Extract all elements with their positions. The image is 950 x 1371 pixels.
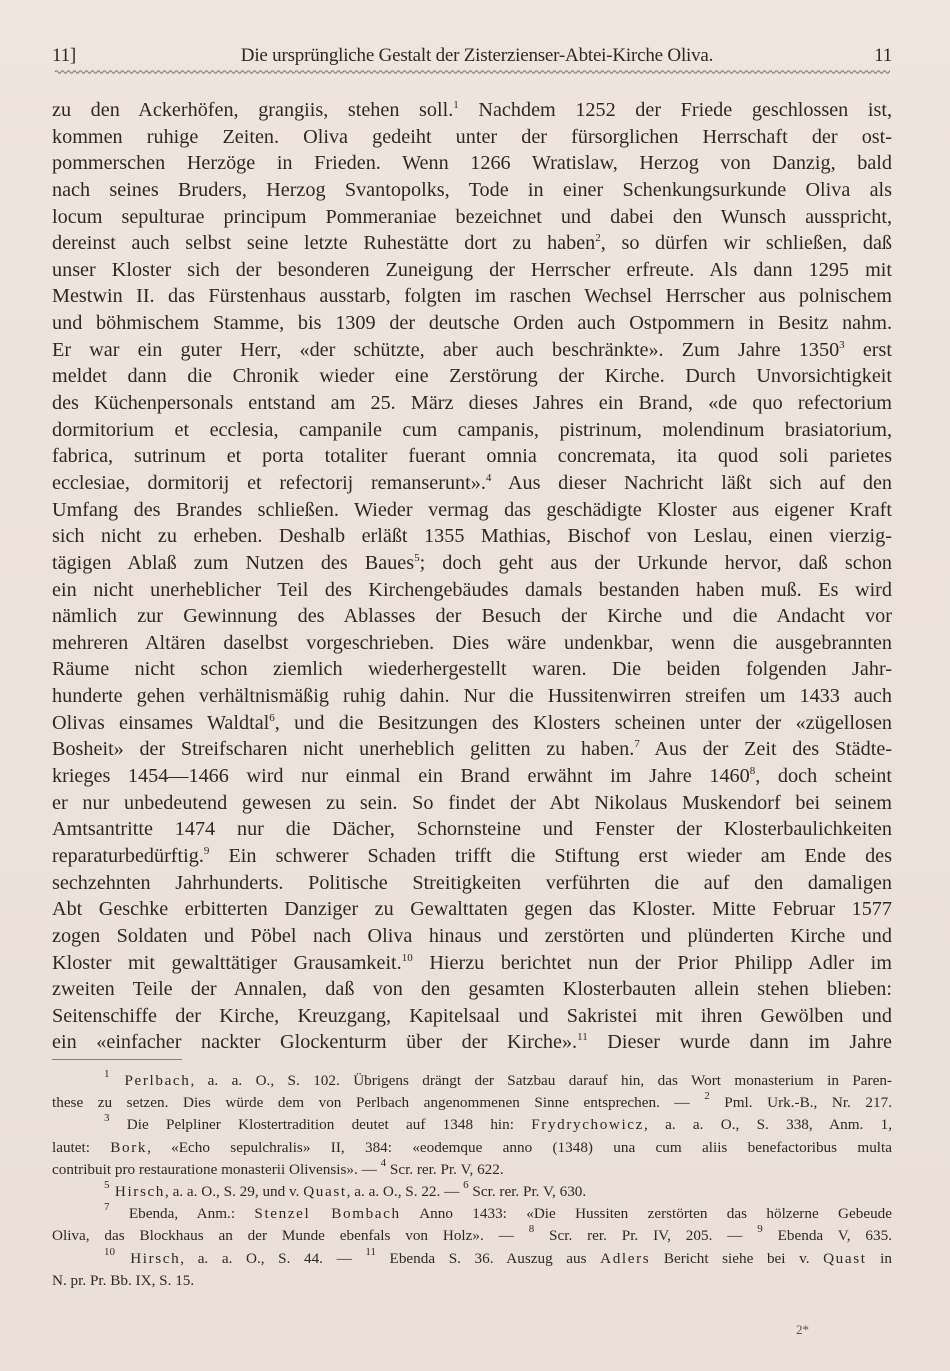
text-run: krieges 1454—1466 wird nur einmal ein Br… [52, 765, 750, 787]
author-name: Bork [110, 1139, 147, 1156]
text-line: nämlich zur Gewinnung des Ablasses der B… [52, 603, 892, 630]
text-run: sich nicht zu erheben. Deshalb erläßt 13… [52, 525, 892, 547]
text-line: Mestwin II. das Fürstenhaus ausstarb, fo… [52, 283, 892, 310]
text-line: locum sepulturae principum Pommeraniae b… [52, 204, 892, 231]
text-run: dereinst auch selbst seine letzte Ruhest… [52, 232, 595, 254]
text-run: Olivas einsames Waldtal [52, 712, 269, 734]
author-name: Frydrychowicz [531, 1116, 644, 1133]
footnote-text: , a. a. O., S. 22. — [347, 1183, 463, 1200]
author-name: Adlers [600, 1250, 650, 1267]
footnote-text: Scr. rer. Pr. V, 622. [386, 1161, 504, 1178]
text-run: ecclesiae, dormitorij et refectorij rema… [52, 472, 486, 494]
text-run: kommen ruhige Zeiten. Oliva gedeiht unte… [52, 126, 892, 148]
footnote-text: , a. a. O., S. 44. — [180, 1250, 365, 1267]
footnote-line: Oliva, das Blockhaus an der Munde ebenfa… [52, 1225, 892, 1247]
text-run: Mestwin II. das Fürstenhaus ausstarb, fo… [52, 285, 892, 307]
footnote-text: in [867, 1250, 892, 1267]
text-run: erst [845, 339, 892, 361]
text-run: unser Kloster sich der besonderen Zuneig… [52, 259, 892, 281]
footnote-text: Anno 1433: «Die Hussiten zerstörten das … [401, 1205, 892, 1222]
text-line: Er war ein guter Herr, «der schützte, ab… [52, 337, 892, 364]
text-run: , doch scheint [755, 765, 892, 787]
text-line: ein «einfacher nackter Glockenturm über … [52, 1029, 892, 1056]
text-run: reparaturbedürftig. [52, 845, 204, 867]
text-run: nach seines Bruders, Herzog Svantopolks,… [52, 179, 892, 201]
text-line: sechzehnten Jahrhunderts. Politische Str… [52, 870, 892, 897]
text-run: ein «einfacher nackter Glockenturm über … [52, 1031, 577, 1053]
text-run: zweiten Teile der Annalen, daß von den g… [52, 978, 892, 1000]
text-run: Aus dieser Nachricht läßt sich auf den [491, 472, 892, 494]
text-line: krieges 1454—1466 wird nur einmal ein Br… [52, 763, 892, 790]
footnote-text: Oliva, das Blockhaus an der Munde ebenfa… [52, 1227, 529, 1244]
footnote-number: 11 [365, 1246, 376, 1258]
text-line: dereinst auch selbst seine letzte Ruhest… [52, 230, 892, 257]
text-line: und böhmischem Stamme, bis 1309 der deut… [52, 310, 892, 337]
text-line: Bosheit» der Streifscharen nicht unerheb… [52, 736, 892, 763]
footnotes: 1 Perlbach, a. a. O., S. 102. Übrigens d… [52, 1070, 892, 1292]
text-line: des Küchenpersonals entstand am 25. März… [52, 390, 892, 417]
text-run: nämlich zur Gewinnung des Ablasses der B… [52, 605, 892, 627]
text-line: Räume nicht schon ziemlich wiederhergest… [52, 656, 892, 683]
footnote-line: contribuit pro restauratione monasterii … [52, 1159, 892, 1181]
footnote-line: 10 Hirsch, a. a. O., S. 44. — 11 Ebenda … [52, 1248, 892, 1270]
text-line: Abt Geschke erbitterten Danziger zu Gewa… [52, 896, 892, 923]
footnote-line: these zu setzen. Dies würde dem von Perl… [52, 1092, 892, 1114]
text-run: Amtsantritte 1474 nur die Dächer, Schorn… [52, 818, 892, 840]
text-run: , so dürfen wir schließen, daß [601, 232, 892, 254]
text-run: Abt Geschke erbitterten Danziger zu Gewa… [52, 898, 892, 920]
author-name: Quast [303, 1183, 346, 1200]
text-run: und böhmischem Stamme, bis 1309 der deut… [52, 312, 892, 334]
text-line: zu den Ackerhöfen, grangiis, stehen soll… [52, 97, 892, 124]
text-run: Nachdem 1252 der Friede geschlossen ist, [459, 99, 892, 121]
text-line: Olivas einsames Waldtal6, und die Besitz… [52, 710, 892, 737]
text-run: Räume nicht schon ziemlich wiederhergest… [52, 658, 892, 680]
text-line: Amtsantritte 1474 nur die Dächer, Schorn… [52, 816, 892, 843]
text-run: hunderte gehen verhältnismäßig ruhig dah… [52, 685, 892, 707]
footnote-text: , a. a. O., S. 29, und v. [165, 1183, 303, 1200]
text-line: sich nicht zu erheben. Deshalb erläßt 13… [52, 523, 892, 550]
text-line: dormitorium et ecclesia, campanile cum c… [52, 417, 892, 444]
text-line: mehreren Altären daselbst vorgeschrieben… [52, 630, 892, 657]
text-line: ecclesiae, dormitorij et refectorij rema… [52, 470, 892, 497]
author-name: Quast [823, 1250, 866, 1267]
text-line: Umfang des Brandes schließen. Wieder ver… [52, 497, 892, 524]
book-page: 11] Die ursprüngliche Gestalt der Zister… [0, 0, 950, 1371]
footnote-text: Scr. rer. Pr. V, 630. [469, 1183, 587, 1200]
wavy-rule-divider [55, 68, 890, 76]
text-run: zogen Soldaten und Pöbel nach Oliva hina… [52, 925, 892, 947]
footnote-text: lautet: [52, 1139, 110, 1156]
footnote-text: , «Echo sepulchralis» II, 384: «eodemque… [147, 1139, 892, 1156]
footnote-text: , a. a. O., S. 102. Übrigens drängt der … [190, 1072, 892, 1089]
text-run: locum sepulturae principum Pommeraniae b… [52, 206, 892, 228]
footnote-line: lautet: Bork, «Echo sepulchralis» II, 38… [52, 1137, 892, 1159]
footnote-text: Ebenda, Anm.: [110, 1205, 255, 1222]
main-text-body: zu den Ackerhöfen, grangiis, stehen soll… [52, 97, 892, 1056]
text-run: sechzehnten Jahrhunderts. Politische Str… [52, 872, 892, 894]
text-line: unser Kloster sich der besonderen Zuneig… [52, 257, 892, 284]
footnote-separator [52, 1059, 182, 1060]
footnote-line: 3 Die Pelpliner Klostertradition deutet … [52, 1114, 892, 1136]
text-run: Kloster mit gewalttätiger Grausamkeit. [52, 952, 402, 974]
footnote-text: N. pr. Pr. Bb. IX, S. 15. [52, 1272, 194, 1289]
footnote-text: Pml. Urk.-B., Nr. 217. [710, 1094, 892, 1111]
footnote-text: Ebenda V, 635. [763, 1227, 892, 1244]
text-line: meldet dann die Chronik wieder eine Zers… [52, 363, 892, 390]
footnote-text: Ebenda S. 36. Auszug aus [376, 1250, 600, 1267]
text-line: Kloster mit gewalttätiger Grausamkeit.10… [52, 950, 892, 977]
text-line: hunderte gehen verhältnismäßig ruhig dah… [52, 683, 892, 710]
footnote-text: Bericht siehe bei v. [650, 1250, 823, 1267]
text-line: fabrica, sutrinum et porta totaliter fue… [52, 443, 892, 470]
footnote-text: contribuit pro restauratione monasterii … [52, 1161, 381, 1178]
signature-mark: 2* [796, 1322, 809, 1338]
author-name: Perlbach [110, 1072, 191, 1089]
text-line: reparaturbedürftig.9 Ein schwerer Schade… [52, 843, 892, 870]
text-run: Aus der Zeit des Städte- [640, 738, 892, 760]
running-title: Die ursprüngliche Gestalt der Zisterzien… [52, 44, 892, 68]
footnote-line: 5 Hirsch, a. a. O., S. 29, und v. Quast,… [52, 1181, 892, 1203]
text-run: tägigen Ablaß zum Nutzen des Baues [52, 552, 414, 574]
author-name: Stenzel Bombach [254, 1205, 400, 1222]
text-run: Umfang des Brandes schließen. Wieder ver… [52, 499, 892, 521]
text-run: pommerschen Herzöge in Frieden. Wenn 126… [52, 152, 892, 174]
text-run: ein nicht unerheblicher Teil des Kirchen… [52, 579, 892, 601]
footnote-text: these zu setzen. Dies würde dem von Perl… [52, 1094, 704, 1111]
footnote-line: 7 Ebenda, Anm.: Stenzel Bombach Anno 143… [52, 1203, 892, 1225]
text-run: dormitorium et ecclesia, campanile cum c… [52, 419, 892, 441]
footnote-text: Die Pelpliner Klostertradition deutet au… [110, 1116, 532, 1133]
text-run: Ein schwerer Schaden trifft die Stiftung… [209, 845, 892, 867]
text-run: Seitenschiffe der Kirche, Kreuzgang, Kap… [52, 1005, 892, 1027]
text-line: nach seines Bruders, Herzog Svantopolks,… [52, 177, 892, 204]
running-header: 11] Die ursprüngliche Gestalt der Zister… [52, 44, 892, 68]
footnote-number: 10 [104, 1246, 115, 1258]
text-run: ; doch geht aus der Urkunde hervor, daß … [420, 552, 892, 574]
text-line: zweiten Teile der Annalen, daß von den g… [52, 976, 892, 1003]
author-name: Hirsch [110, 1183, 166, 1200]
text-run: des Küchenpersonals entstand am 25. März… [52, 392, 892, 414]
text-run: meldet dann die Chronik wieder eine Zers… [52, 365, 892, 387]
text-run: fabrica, sutrinum et porta totaliter fue… [52, 445, 892, 467]
author-name: Hirsch [115, 1250, 180, 1267]
text-line: tägigen Ablaß zum Nutzen des Baues5; doc… [52, 550, 892, 577]
text-run: zu den Ackerhöfen, grangiis, stehen soll… [52, 99, 453, 121]
text-run: , und die Besitzungen des Klosters schei… [275, 712, 892, 734]
footnote-text: Scr. rer. Pr. IV, 205. — [534, 1227, 757, 1244]
text-line: kommen ruhige Zeiten. Oliva gedeiht unte… [52, 124, 892, 151]
footnote-line: N. pr. Pr. Bb. IX, S. 15. [52, 1270, 892, 1292]
text-run: Er war ein guter Herr, «der schützte, ab… [52, 339, 839, 361]
text-run: Dieser wurde dann im Jahre [588, 1031, 892, 1053]
text-line: zogen Soldaten und Pöbel nach Oliva hina… [52, 923, 892, 950]
text-line: er nur unbedeutend gewesen zu sein. So f… [52, 790, 892, 817]
footnote-marker: 10 [402, 952, 413, 964]
footnote-text: , a. a. O., S. 338, Anm. 1, [644, 1116, 892, 1133]
text-line: ein nicht unerheblicher Teil des Kirchen… [52, 577, 892, 604]
page-number: 11 [874, 44, 892, 68]
footnote-line: 1 Perlbach, a. a. O., S. 102. Übrigens d… [52, 1070, 892, 1092]
footnote-marker: 11 [577, 1031, 588, 1043]
text-run: Bosheit» der Streifscharen nicht unerheb… [52, 738, 634, 760]
text-run: mehreren Altären daselbst vorgeschrieben… [52, 632, 892, 654]
text-line: pommerschen Herzöge in Frieden. Wenn 126… [52, 150, 892, 177]
text-line: Seitenschiffe der Kirche, Kreuzgang, Kap… [52, 1003, 892, 1030]
text-run: er nur unbedeutend gewesen zu sein. So f… [52, 792, 892, 814]
text-run: Hierzu berichtet nun der Prior Philipp A… [413, 952, 892, 974]
